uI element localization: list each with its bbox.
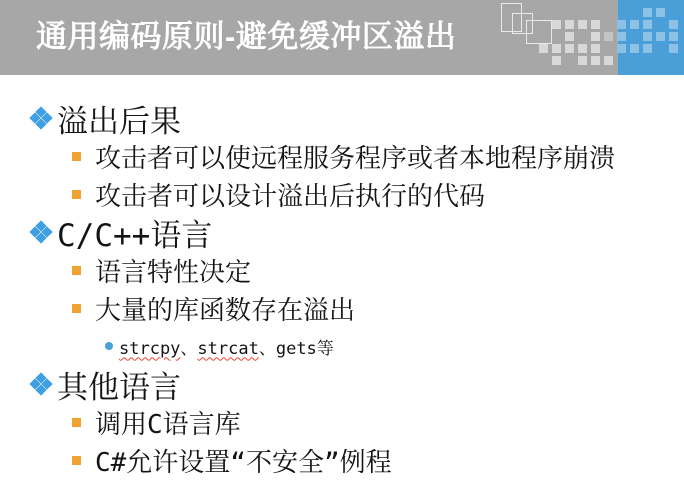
diamond-cluster-bullet-icon xyxy=(31,374,51,394)
bullet-text: C/C++语言 xyxy=(57,210,212,255)
decoration-blue-square xyxy=(669,32,678,41)
decoration-blue-square xyxy=(643,32,652,41)
bullet-line-level2: 语言特性决定 xyxy=(0,251,684,289)
diamond-cluster-bullet-icon xyxy=(31,222,51,242)
decoration-gray-square xyxy=(591,20,600,29)
decoration-gray-square xyxy=(604,32,613,41)
orange-square-bullet-icon xyxy=(72,190,81,199)
bullet-line-level2: 大量的库函数存在溢出 xyxy=(0,289,684,327)
decoration-gray-square xyxy=(578,44,587,53)
bullet-text: 攻击者可以使远程服务程序或者本地程序崩溃 xyxy=(95,138,615,175)
decoration-blue-square xyxy=(656,32,665,41)
bullet-text: C#允许设置“不安全”例程 xyxy=(95,442,392,479)
bullet-line-level1: C/C++语言 xyxy=(0,213,684,251)
bullet-text: 溢出后果 xyxy=(57,96,181,141)
decoration-blue-square xyxy=(617,44,626,53)
bullet-text: 大量的库函数存在溢出 xyxy=(95,290,355,327)
decoration-blue-square xyxy=(669,44,678,53)
bullet-text: strcpy、strcat、gets等 xyxy=(119,334,334,359)
decoration-blue-square xyxy=(643,20,652,29)
decoration-blue-square xyxy=(656,8,665,17)
orange-square-bullet-icon xyxy=(72,266,81,275)
decoration-gray-square xyxy=(591,32,600,41)
decoration-outline-square xyxy=(526,20,552,44)
decoration-blue-square xyxy=(643,8,652,17)
decoration-gray-square xyxy=(604,56,613,65)
bullet-line-level2: 攻击者可以使远程服务程序或者本地程序崩溃 xyxy=(0,137,684,175)
decoration-gray-square xyxy=(552,44,561,53)
slide-title: 通用编码原则-避免缓冲区溢出 xyxy=(36,19,456,55)
bullet-list: 溢出后果攻击者可以使远程服务程序或者本地程序崩溃攻击者可以设计溢出后执行的代码C… xyxy=(0,99,684,479)
decoration-gray-square xyxy=(578,56,587,65)
decoration-gray-square xyxy=(578,20,587,29)
misspelled-word: strcpy xyxy=(119,339,180,359)
code-text: 、 xyxy=(180,339,197,359)
decoration-gray-square xyxy=(591,56,600,65)
decoration-blue-square xyxy=(630,20,639,29)
bullet-line-level1: 溢出后果 xyxy=(0,99,684,137)
misspelled-word: strcat xyxy=(197,339,258,359)
decoration-blue-square xyxy=(617,20,626,29)
decoration-blue-square xyxy=(630,44,639,53)
decoration-blue-square xyxy=(669,20,678,29)
decoration-gray-square xyxy=(591,44,600,53)
decoration-gray-square xyxy=(552,56,561,65)
bullet-text: 攻击者可以设计溢出后执行的代码 xyxy=(95,176,485,213)
orange-square-bullet-icon xyxy=(72,152,81,161)
orange-square-bullet-icon xyxy=(72,418,81,427)
decoration-blue-square xyxy=(643,44,652,53)
presentation-slide: 通用编码原则-避免缓冲区溢出 溢出后果攻击者可以使远程服务程序或者本地程序崩溃攻… xyxy=(0,0,684,485)
bullet-line-level3: strcpy、strcat、gets等 xyxy=(0,327,684,365)
bullet-line-level2: 调用C语言库 xyxy=(0,403,684,441)
bullet-line-level2: 攻击者可以设计溢出后执行的代码 xyxy=(0,175,684,213)
bullet-line-level1: 其他语言 xyxy=(0,365,684,403)
bullet-line-level2: C#允许设置“不安全”例程 xyxy=(0,441,684,479)
bullet-text: 调用C语言库 xyxy=(95,404,241,441)
decoration-gray-square xyxy=(565,20,574,29)
decoration-gray-square xyxy=(565,32,574,41)
bullet-text: 语言特性决定 xyxy=(95,252,251,289)
header: 通用编码原则-避免缓冲区溢出 xyxy=(0,0,684,75)
orange-square-bullet-icon xyxy=(72,456,81,465)
bullet-text: 其他语言 xyxy=(57,362,181,407)
orange-square-bullet-icon xyxy=(72,304,81,313)
decoration-gray-square xyxy=(539,44,548,53)
code-text: 、gets等 xyxy=(259,339,334,359)
decoration-gray-square xyxy=(552,20,561,29)
blue-dot-bullet-icon xyxy=(105,342,113,350)
decoration-blue-square xyxy=(617,32,626,41)
diamond-cluster-bullet-icon xyxy=(31,108,51,128)
decoration-gray-square xyxy=(565,44,574,53)
